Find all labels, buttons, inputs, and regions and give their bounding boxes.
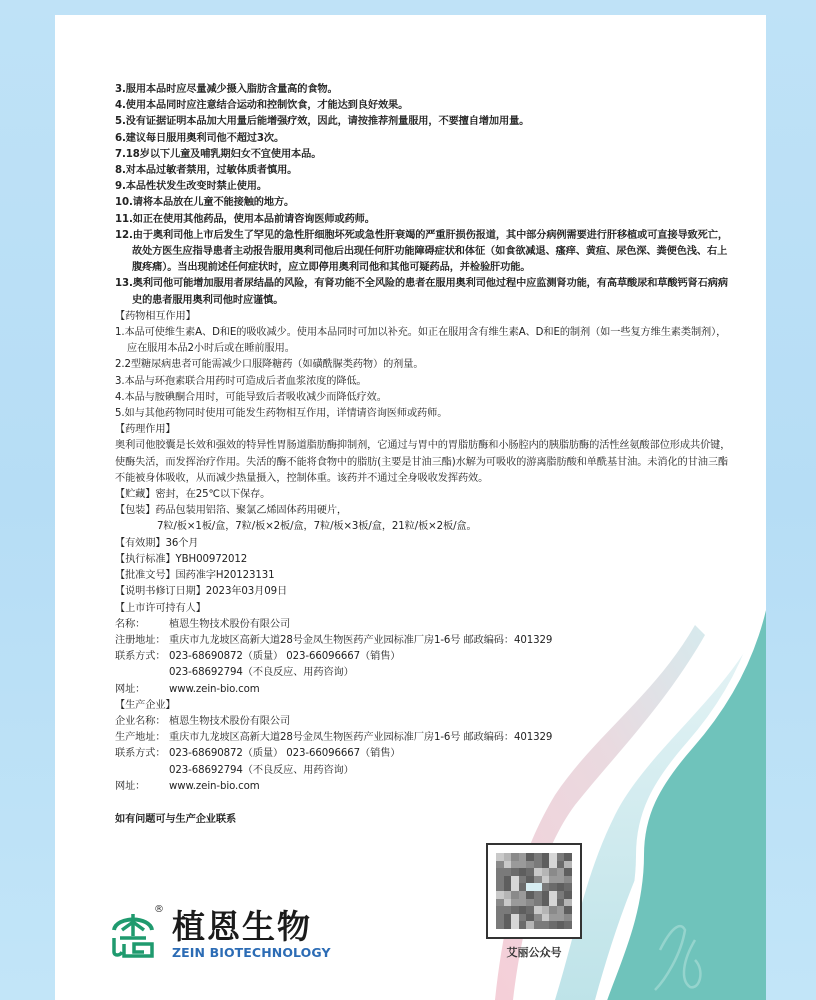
precaution-item: 10.请将本品放在儿童不能接触的地方。 — [115, 195, 735, 211]
precaution-item: 13.奥利司他可能增加服用者尿结晶的风险，有肾功能不全风险的患者在服用奥利司他过… — [115, 276, 735, 308]
holder-name-row: 名称：植恩生物技术股份有限公司 — [115, 617, 735, 633]
field-value: 023-68690872（质量） 023-66096667（销售） — [169, 649, 400, 665]
field-label: 网址： — [115, 682, 169, 698]
field-value: YBH00972012 — [176, 554, 248, 565]
contact-note: 如有问题可与生产企业联系 — [115, 812, 735, 828]
section-heading: 【生产企业】 — [115, 698, 735, 714]
precaution-item: 6.建议每日服用奥利司他不超过3次。 — [115, 131, 735, 147]
field-value: 国药准字H20123131 — [176, 570, 275, 581]
brand-name-en: ZEIN BIOTECHNOLOGY — [172, 946, 331, 960]
field-label: 【批准文号】 — [115, 570, 176, 581]
field-value: 重庆市九龙坡区高新大道28号金凤生物医药产业园标准厂房1-6号 邮政编码：401… — [169, 633, 552, 649]
precaution-item: 4.使用本品同时应注意结合运动和控制饮食，才能达到良好效果。 — [115, 98, 735, 114]
field-value: 2023年03月09日 — [206, 586, 287, 597]
field-label: 联系方式： — [115, 746, 169, 762]
precaution-item: 5.没有证据证明本品加大用量后能增强疗效，因此，请按推荐剂量服用，不要擅自增加用… — [115, 114, 735, 130]
interaction-item: 1.本品可使维生素A、D和E的吸收减少。使用本品同时可加以补充。如正在服用含有维… — [115, 325, 735, 357]
interactions-section: 【药物相互作用】 1.本品可使维生素A、D和E的吸收减少。使用本品同时可加以补充… — [115, 309, 735, 422]
field-label: 【贮藏】 — [115, 489, 155, 500]
interaction-item: 3.本品与环孢素联合用药时可造成后者血浆浓度的降低。 — [115, 374, 735, 390]
precaution-item: 9.本品性状发生改变时禁止使用。 — [115, 179, 735, 195]
section-heading: 【上市许可持有人】 — [115, 601, 735, 617]
field-value: 密封，在25℃以下保存。 — [155, 489, 270, 500]
manufacturer-contact-row: 联系方式：023-68690872（质量） 023-66096667（销售） — [115, 746, 735, 762]
field-label: 【有效期】 — [115, 538, 165, 549]
leaflet-card: 3.服用本品时应尽量减少摄入脂肪含量高的食物。 4.使用本品同时应注意结合运动和… — [55, 15, 766, 1000]
holder-section: 【上市许可持有人】 名称：植恩生物技术股份有限公司 注册地址：重庆市九龙坡区高新… — [115, 601, 735, 698]
field-label: 名称： — [115, 617, 169, 633]
manufacturer-contact-row-2: 023-68692794（不良反应、用药咨询） — [115, 763, 735, 779]
revision-row: 【说明书修订日期】2023年03月09日 — [115, 584, 735, 600]
holder-address-row: 注册地址：重庆市九龙坡区高新大道28号金凤生物医药产业园标准厂房1-6号 邮政编… — [115, 633, 735, 649]
zein-logo-icon: ® — [110, 908, 156, 960]
field-label: 生产地址： — [115, 730, 169, 746]
interaction-item: 4.本品与胺碘酮合用时，可能导致后者吸收减少而降低疗效。 — [115, 390, 735, 406]
standard-row: 【执行标准】YBH00972012 — [115, 552, 735, 568]
section-heading: 【药物相互作用】 — [115, 309, 735, 325]
brand-name-cn: 植恩生物 — [172, 908, 331, 946]
field-label: 联系方式： — [115, 649, 169, 665]
interaction-item: 2.2型糖尿病患者可能需减少口服降糖药（如磺酰脲类药物）的剂量。 — [115, 357, 735, 373]
holder-contact-row-2: 023-68692794（不良反应、用药咨询） — [115, 665, 735, 681]
precautions-list: 3.服用本品时应尽量减少摄入脂肪含量高的食物。 4.使用本品同时应注意结合运动和… — [115, 82, 735, 309]
qr-code[interactable] — [486, 843, 582, 939]
pharmacology-text: 奥利司他胶囊是长效和强效的特异性胃肠道脂肪酶抑制剂，它通过与胃中的胃脂肪酶和小肠… — [115, 438, 735, 487]
holder-website-row: 网址：www.zein-bio.com — [115, 682, 735, 698]
section-heading: 【药理作用】 — [115, 422, 735, 438]
manufacturer-website-row: 网址：www.zein-bio.com — [115, 779, 735, 795]
leaflet-text: 3.服用本品时应尽量减少摄入脂肪含量高的食物。 4.使用本品同时应注意结合运动和… — [115, 82, 735, 828]
holder-contact-row: 联系方式：023-68690872（质量） 023-66096667（销售） — [115, 649, 735, 665]
qr-code-icon — [496, 853, 572, 929]
field-label: 网址： — [115, 779, 169, 795]
field-label: 【包装】 — [115, 505, 155, 516]
interaction-item: 5.如与其他药物同时使用可能发生药物相互作用，详情请咨询医师或药师。 — [115, 406, 735, 422]
field-label: 【执行标准】 — [115, 554, 176, 565]
field-value: 36个月 — [165, 538, 198, 549]
field-label: 【说明书修订日期】 — [115, 586, 206, 597]
field-value: 重庆市九龙坡区高新大道28号金凤生物医药产业园标准厂房1-6号 邮政编码：401… — [169, 730, 552, 746]
precaution-item: 11.如正在使用其他药品，使用本品前请咨询医师或药师。 — [115, 212, 735, 228]
storage-row: 【贮藏】密封，在25℃以下保存。 — [115, 487, 735, 503]
precaution-item: 7.18岁以下儿童及哺乳期妇女不宜使用本品。 — [115, 147, 735, 163]
brand-logo: ® 植恩生物 ZEIN BIOTECHNOLOGY — [110, 908, 331, 960]
spacer — [115, 795, 735, 810]
precaution-item: 3.服用本品时应尽量减少摄入脂肪含量高的食物。 — [115, 82, 735, 98]
validity-row: 【有效期】36个月 — [115, 536, 735, 552]
manufacturer-section: 【生产企业】 企业名称：植恩生物技术股份有限公司 生产地址：重庆市九龙坡区高新大… — [115, 698, 735, 795]
field-label: 企业名称： — [115, 714, 169, 730]
field-value: 药品包装用铝箔、聚氯乙烯固体药用硬片， — [155, 505, 347, 516]
qr-label: 艾丽公众号 — [486, 944, 582, 960]
field-value: 植恩生物技术股份有限公司 — [169, 714, 290, 730]
registered-mark: ® — [154, 904, 164, 915]
precaution-item: 12.由于奥利司他上市后发生了罕见的急性肝细胞坏死或急性肝衰竭的严重肝损伤报道，… — [115, 228, 735, 277]
brand-text: 植恩生物 ZEIN BIOTECHNOLOGY — [172, 908, 331, 960]
field-label: 注册地址： — [115, 633, 169, 649]
field-value: 植恩生物技术股份有限公司 — [169, 617, 290, 633]
website-link[interactable]: www.zein-bio.com — [169, 682, 260, 698]
website-link[interactable]: www.zein-bio.com — [169, 779, 260, 795]
precaution-item: 8.对本品过敏者禁用，过敏体质者慎用。 — [115, 163, 735, 179]
packaging-row: 【包装】药品包装用铝箔、聚氯乙烯固体药用硬片， — [115, 503, 735, 519]
manufacturer-name-row: 企业名称：植恩生物技术股份有限公司 — [115, 714, 735, 730]
packaging-specs: 7粒/板×1板/盒，7粒/板×2板/盒，7粒/板×3板/盒，21粒/板×2板/盒… — [115, 519, 735, 535]
manufacturer-address-row: 生产地址：重庆市九龙坡区高新大道28号金凤生物医药产业园标准厂房1-6号 邮政编… — [115, 730, 735, 746]
field-value: 023-68690872（质量） 023-66096667（销售） — [169, 746, 400, 762]
approval-row: 【批准文号】国药准字H20123131 — [115, 568, 735, 584]
pharmacology-section: 【药理作用】 奥利司他胶囊是长效和强效的特异性胃肠道脂肪酶抑制剂，它通过与胃中的… — [115, 422, 735, 487]
